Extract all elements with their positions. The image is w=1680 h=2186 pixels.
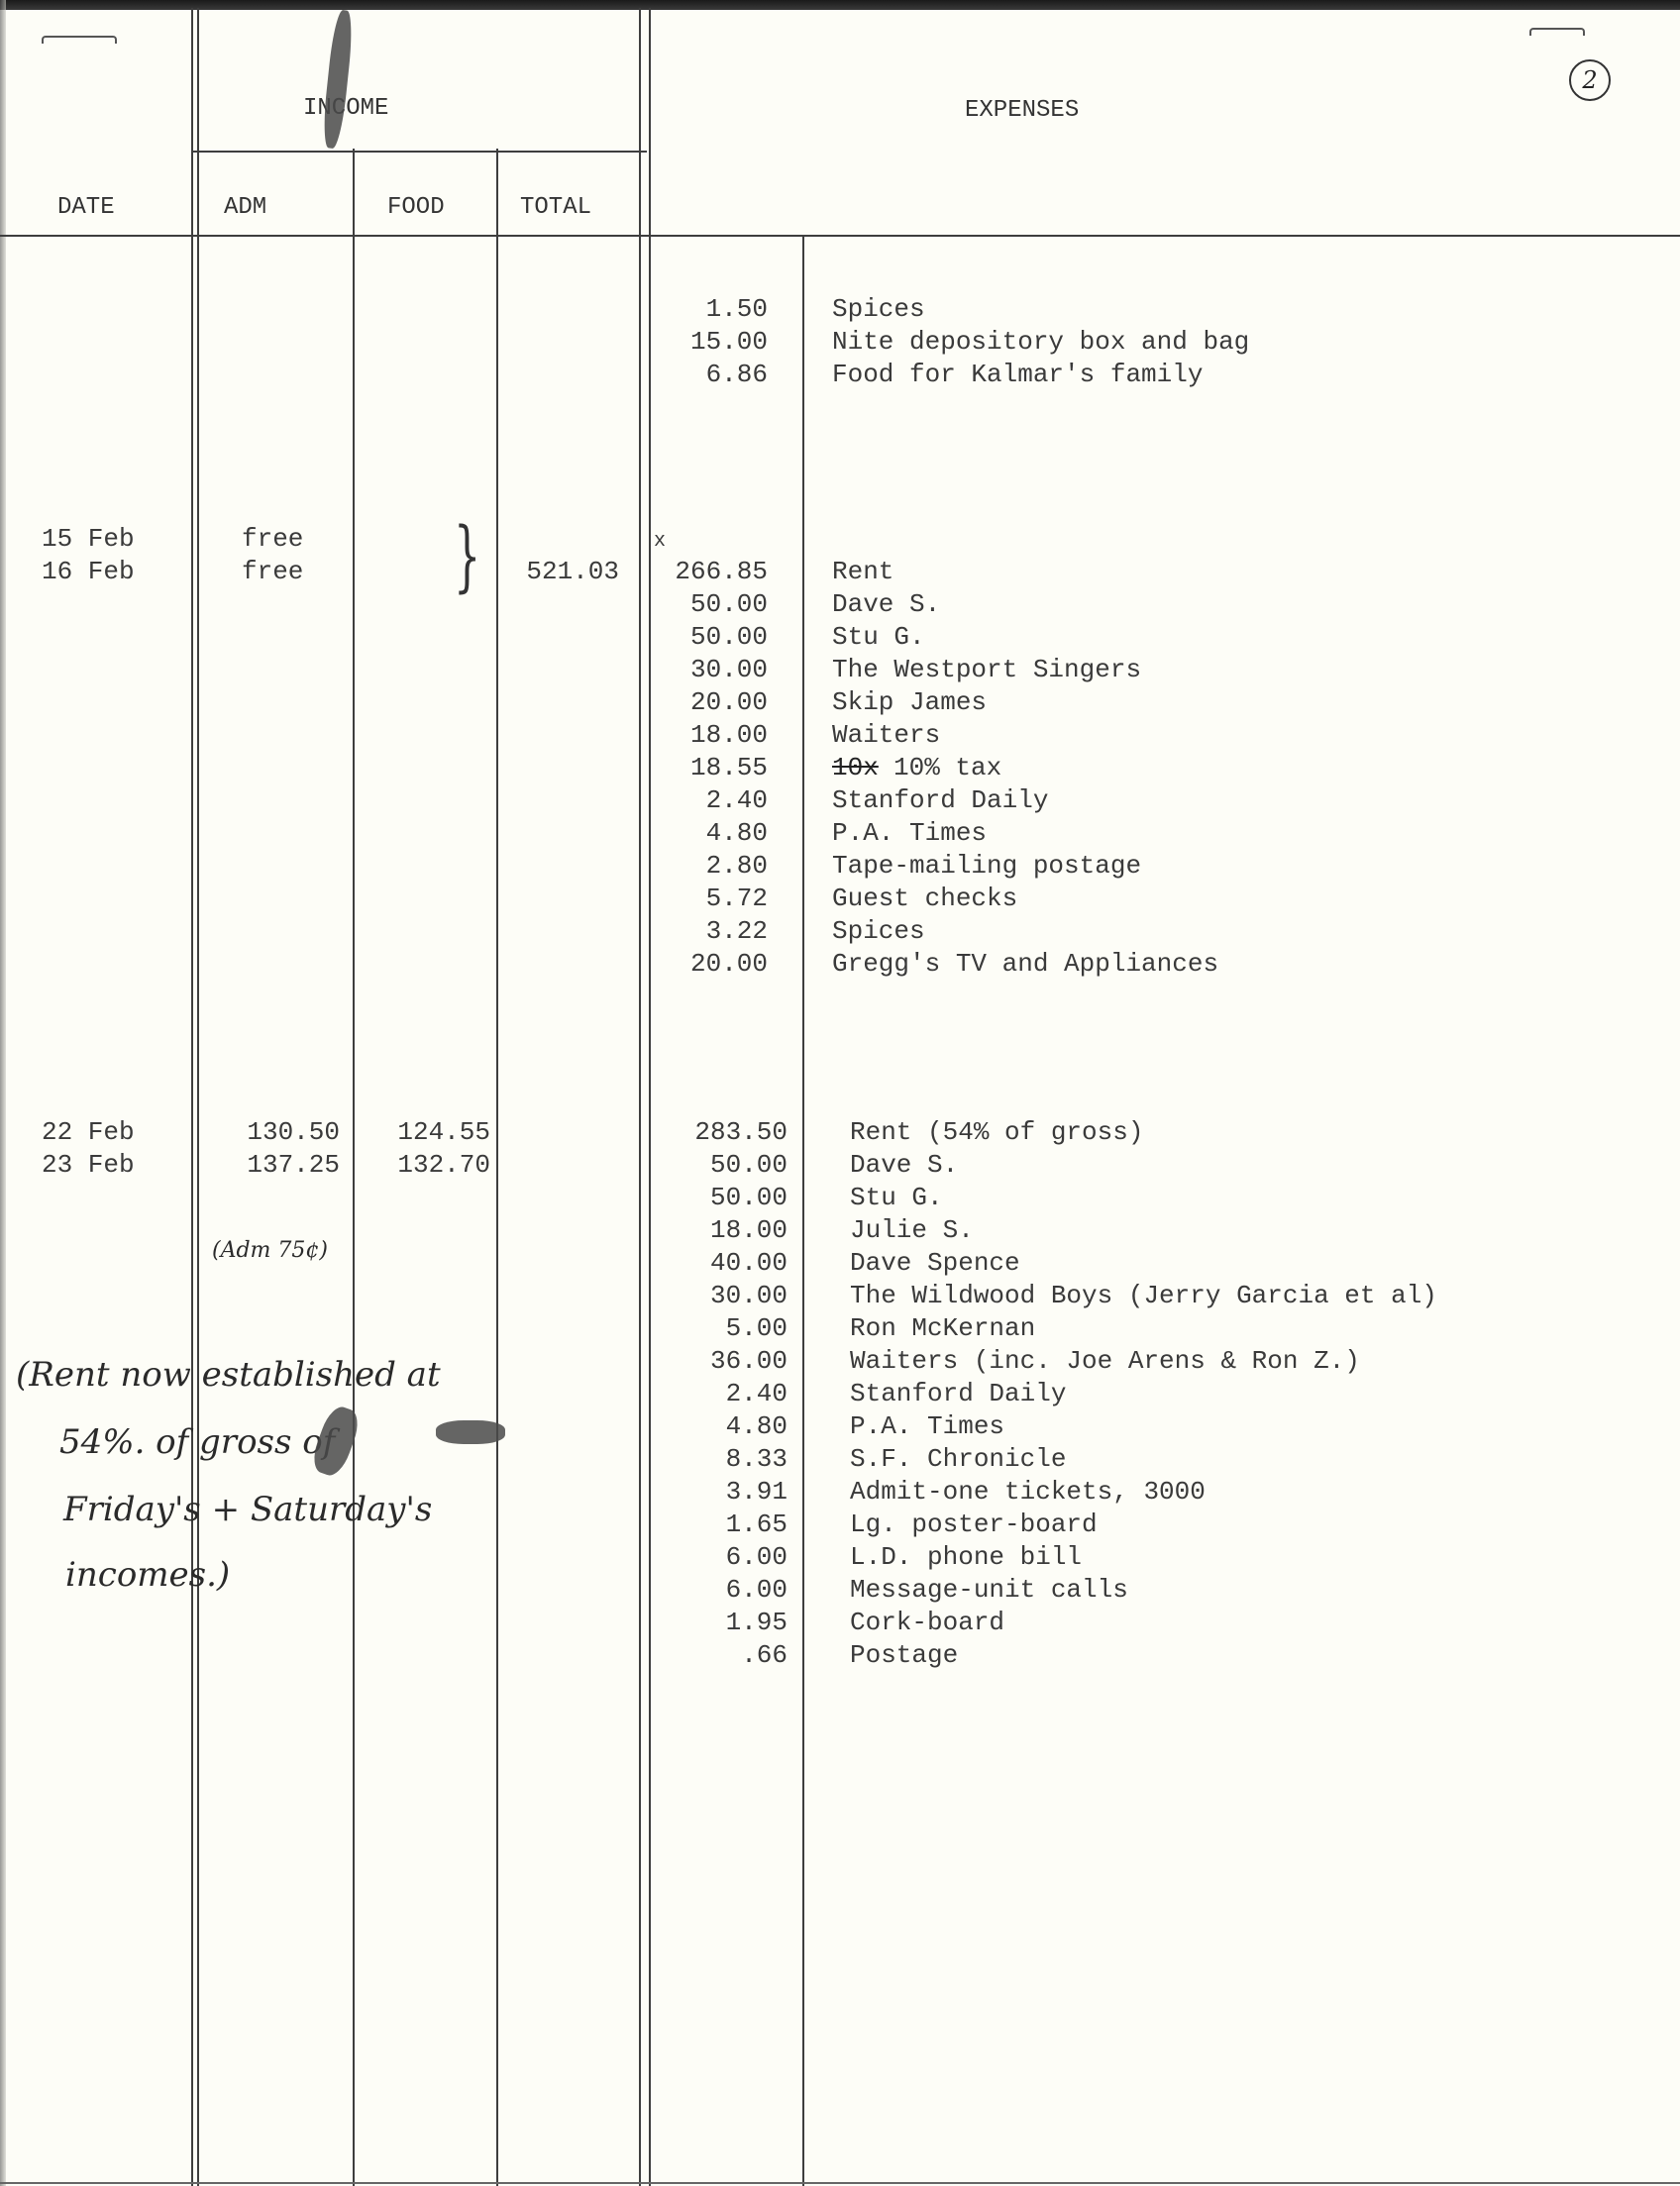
adm-cell: 137.25 (213, 1149, 340, 1182)
expense-amount: 30.00 (669, 1280, 787, 1312)
date-cell: 23 Feb (42, 1149, 135, 1182)
total-cell: 521.03 (500, 556, 619, 588)
expense-item: P.A. Times (850, 1410, 1004, 1443)
header-date: DATE (57, 194, 115, 221)
expense-amount: 4.80 (669, 1410, 787, 1443)
expense-amount: 40.00 (669, 1247, 787, 1280)
expense-item: Rent (54% of gross) (850, 1116, 1143, 1149)
expense-item: Stanford Daily (832, 784, 1048, 817)
expense-amount: 4.80 (654, 817, 768, 850)
expense-amount: 18.00 (654, 719, 768, 752)
adm-cell: 130.50 (213, 1116, 340, 1149)
expense-amount: 2.40 (654, 784, 768, 817)
food-cell: 124.55 (362, 1116, 490, 1149)
expense-item: Waiters (832, 719, 940, 752)
expense-item: Spices (832, 915, 925, 948)
expense-item: Dave Spence (850, 1247, 1020, 1280)
expense-amount: 30.00 (654, 654, 768, 686)
expense-amount: 3.22 (654, 915, 768, 948)
correction-mark: x (654, 525, 666, 558)
header-food: FOOD (387, 194, 445, 221)
handwritten-adm-price: (Adm 75¢) (212, 1238, 328, 1263)
expense-item: Stanford Daily (850, 1378, 1066, 1410)
expense-item: P.A. Times (832, 817, 987, 850)
scan-top-edge (0, 0, 1680, 10)
expense-item: L.D. phone bill (850, 1541, 1082, 1574)
expense-item: The Westport Singers (832, 654, 1141, 686)
expense-item: Skip James (832, 686, 987, 719)
expense-item: S.F. Chronicle (850, 1443, 1066, 1476)
expense-amount: 6.00 (669, 1574, 787, 1607)
expense-amount: 8.33 (669, 1443, 787, 1476)
expense-item: Lg. poster-board (850, 1509, 1098, 1541)
note-line: (Rent now established at (16, 1355, 441, 1395)
expense-item: The Wildwood Boys (Jerry Garcia et al) (850, 1280, 1437, 1312)
expense-item: Ron McKernan (850, 1312, 1035, 1345)
expense-item: Guest checks (832, 883, 1017, 915)
brace-mark: } (454, 517, 480, 596)
expense-item: Dave S. (850, 1149, 958, 1182)
header-total: TOTAL (520, 194, 591, 221)
adm-cell: free (242, 523, 303, 556)
expense-amount: 18.55 (654, 752, 768, 784)
expense-amount: 20.00 (654, 948, 768, 981)
expense-amount: 5.00 (669, 1312, 787, 1345)
expense-amount: 2.40 (669, 1378, 787, 1410)
header-income: INCOME (303, 95, 388, 122)
expense-item: Food for Kalmar's family (832, 359, 1203, 391)
date-cell: 16 Feb (42, 556, 135, 588)
expense-amount: 5.72 (654, 883, 768, 915)
expense-amount: 50.00 (654, 621, 768, 654)
expense-amount: 20.00 (654, 686, 768, 719)
expense-amount: 2.80 (654, 850, 768, 883)
ink-scribble (436, 1420, 505, 1444)
expense-item: Rent (832, 556, 893, 588)
expense-item: Dave S. (832, 588, 940, 621)
expense-item: Tape-mailing postage (832, 850, 1141, 883)
ink-scribble-top (321, 9, 356, 149)
expense-item: Waiters (inc. Joe Arens & Ron Z.) (850, 1345, 1360, 1378)
staple-right (1529, 28, 1585, 36)
divider-income-right (639, 8, 641, 2186)
date-cell: 15 Feb (42, 523, 135, 556)
expense-item: Cork-board (850, 1607, 1004, 1639)
divider-date-left (191, 8, 193, 2186)
header-adm: ADM (224, 194, 266, 221)
scan-left-edge (0, 0, 6, 2186)
note-line: incomes.) (65, 1555, 230, 1595)
expense-amount: 6.86 (654, 359, 768, 391)
page-number: 2 (1569, 59, 1611, 101)
expense-amount: .66 (669, 1639, 787, 1672)
expense-item: Gregg's TV and Appliances (832, 948, 1218, 981)
expense-amount: 6.00 (669, 1541, 787, 1574)
note-line: Friday's + Saturday's (63, 1490, 432, 1529)
expense-amount: 1.95 (669, 1607, 787, 1639)
expense-item: Stu G. (832, 621, 925, 654)
expense-item: Admit-one tickets, 3000 (850, 1476, 1206, 1509)
expense-item: Nite depository box and bag (832, 326, 1249, 359)
expense-amount: 1.50 (654, 293, 768, 326)
page-bottom-rule (0, 2182, 1680, 2184)
expense-item: Message-unit calls (850, 1574, 1128, 1607)
divider-adm-food (353, 149, 355, 2186)
income-subheader-rule (191, 151, 647, 153)
divider-income-right-2 (649, 8, 651, 2186)
divider-date-left-2 (197, 8, 199, 2186)
food-cell: 132.70 (362, 1149, 490, 1182)
date-cell: 22 Feb (42, 1116, 135, 1149)
expense-amount: 18.00 (669, 1214, 787, 1247)
expense-item: Julie S. (850, 1214, 974, 1247)
header-bottom-rule (0, 235, 1680, 237)
expense-amount: 50.00 (669, 1182, 787, 1214)
expense-amount: 15.00 (654, 326, 768, 359)
struck-prefix: 10x (832, 752, 879, 784)
expense-amount: 50.00 (669, 1149, 787, 1182)
note-line: 54%. of gross of (59, 1422, 335, 1462)
expense-amount: 36.00 (669, 1345, 787, 1378)
adm-cell: free (242, 556, 303, 588)
expense-amount: 1.65 (669, 1509, 787, 1541)
staple-left (42, 36, 117, 44)
expense-amount: 266.85 (654, 556, 768, 588)
expense-item: 10% tax (893, 752, 1001, 784)
expense-item: Spices (832, 293, 925, 326)
expense-amount: 3.91 (669, 1476, 787, 1509)
expense-amount: 50.00 (654, 588, 768, 621)
divider-food-total (496, 149, 498, 2186)
expense-item: Postage (850, 1639, 958, 1672)
header-expenses: EXPENSES (965, 97, 1079, 124)
expense-item: Stu G. (850, 1182, 943, 1214)
divider-amount-item (802, 235, 804, 2186)
expense-amount: 283.50 (669, 1116, 787, 1149)
